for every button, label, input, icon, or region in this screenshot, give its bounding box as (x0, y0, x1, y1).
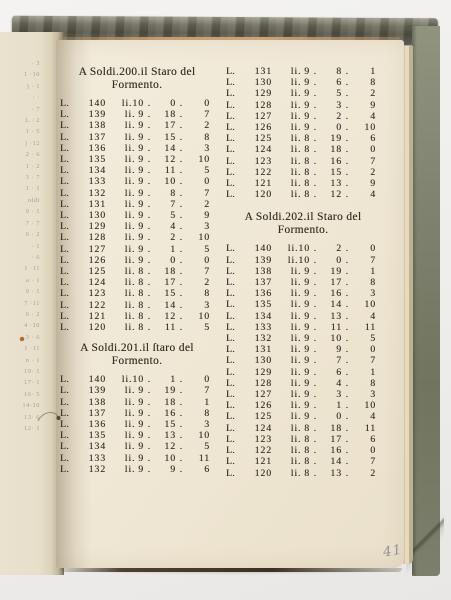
separator-dot: . (176, 430, 186, 441)
bleed-through-fragment: n · 1 (6, 355, 40, 366)
denari-value: 3 (186, 300, 210, 311)
separator-dot: . (176, 397, 186, 408)
row-prefix-label: L. (60, 255, 76, 266)
lire-in-value: 138 (76, 120, 106, 131)
bleed-through-fragment: 13· 6 (6, 412, 40, 423)
table-row: L.124li. 8.18.11 (226, 423, 380, 434)
soldi-value: 16 (320, 156, 342, 167)
soldi-value: 18 (154, 109, 176, 120)
bleed-through-fragment: 12· 1 (6, 423, 40, 434)
separator-dot: . (176, 98, 186, 109)
separator-dot: . (310, 389, 320, 400)
row-prefix-label: L. (60, 176, 76, 187)
lire-out-value: li. 9 (272, 100, 310, 111)
section-title-line: A Soldi.201.il ſtaro del (60, 342, 214, 355)
row-prefix-label: L. (226, 434, 242, 445)
bleed-through-fragment: 1 · 2 (6, 161, 40, 172)
table-row: L.131li. 9.8.1 (226, 66, 380, 77)
lire-out-value: li. 9 (272, 277, 310, 288)
separator-dot: . (310, 178, 320, 189)
lire-in-value: 131 (76, 199, 106, 210)
row-prefix-label: L. (226, 144, 242, 155)
denari-value: 7 (352, 355, 376, 366)
separator-dot: . (144, 464, 154, 475)
separator-dot: . (342, 189, 352, 200)
table-row: L.127li. 9.2.4 (226, 111, 380, 122)
separator-dot: . (342, 88, 352, 99)
soldi-value: 12 (320, 189, 342, 200)
bleed-through-fragment: 6 · 2 (6, 309, 40, 320)
table-row: L.135li. 9.12.10 (60, 154, 214, 165)
separator-dot: . (342, 344, 352, 355)
table-row: L.124li. 8.17.2 (60, 277, 214, 288)
separator-dot: . (176, 176, 186, 187)
soldi-value: 17 (320, 277, 342, 288)
denari-value: 6 (352, 434, 376, 445)
separator-dot: . (144, 374, 154, 385)
separator-dot: . (144, 232, 154, 243)
separator-dot: . (144, 408, 154, 419)
table-row: L.122li. 8.16.0 (226, 445, 380, 456)
lire-out-value: li. 9 (272, 122, 310, 133)
photo-backdrop: · 31 ·10) · 1· ·· 7L · 21 · 5) ·122 · 61… (0, 0, 451, 600)
table-row: L.122li. 8.15.2 (226, 167, 380, 178)
separator-dot: . (144, 98, 154, 109)
denari-value: 2 (186, 277, 210, 288)
separator-dot: . (310, 77, 320, 88)
lire-in-value: 138 (76, 397, 106, 408)
soldi-value: 16 (154, 408, 176, 419)
lire-out-value: li. 9 (272, 88, 310, 99)
soldi-value: 11 (154, 165, 176, 176)
separator-dot: . (144, 385, 154, 396)
separator-dot: . (144, 154, 154, 165)
separator-dot: . (310, 355, 320, 366)
bleed-through-fragment: · 6 (6, 252, 40, 263)
page-bottom-shadow (50, 570, 410, 575)
lire-in-value: 136 (76, 419, 106, 430)
row-prefix-label: L. (60, 143, 76, 154)
row-prefix-label: L. (226, 389, 242, 400)
row-prefix-label: L. (60, 300, 76, 311)
separator-dot: . (342, 133, 352, 144)
bleed-through-fragment: 17· 1 (6, 377, 40, 388)
separator-dot: . (310, 411, 320, 422)
lire-out-value: li. 9 (272, 367, 310, 378)
table-column-right: L.131li. 9.8.1L.130li. 9.6.8L.129li. 9.5… (226, 66, 380, 479)
lire-in-value: 138 (242, 266, 272, 277)
row-prefix-label: L. (226, 468, 242, 479)
denari-value: 4 (352, 189, 376, 200)
lire-in-value: 131 (242, 66, 272, 77)
section-title-line: A Soldi.202.il Staro del (226, 211, 380, 224)
separator-dot: . (310, 367, 320, 378)
lire-in-value: 137 (76, 408, 106, 419)
row-prefix-label: L. (60, 385, 76, 396)
soldi-value: 19 (320, 133, 342, 144)
lire-out-value: li. 9 (106, 165, 144, 176)
separator-dot: . (176, 408, 186, 419)
lire-out-value: li. 9 (106, 199, 144, 210)
lire-out-value: li.10 (106, 98, 144, 109)
denari-value: 1 (352, 367, 376, 378)
separator-dot: . (310, 144, 320, 155)
separator-dot: . (176, 255, 186, 266)
lire-in-value: 129 (76, 221, 106, 232)
table-row: L.132li. 9.8.7 (60, 188, 214, 199)
lire-in-value: 125 (242, 133, 272, 144)
table-row: L.136li. 9.15.3 (60, 419, 214, 430)
bleed-through-text-fragments: · 31 ·10) · 1· ·· 7L · 21 · 5) ·122 · 61… (6, 58, 40, 434)
soldi-value: 11 (154, 322, 176, 333)
row-prefix-label: L. (226, 445, 242, 456)
separator-dot: . (342, 167, 352, 178)
separator-dot: . (144, 322, 154, 333)
separator-dot: . (310, 311, 320, 322)
soldi-value: 4 (154, 221, 176, 232)
separator-dot: . (144, 120, 154, 131)
separator-dot: . (144, 132, 154, 143)
separator-dot: . (310, 255, 320, 266)
bleed-through-fragment: uldi (6, 195, 40, 206)
soldi-value: 16 (320, 445, 342, 456)
separator-dot: . (176, 221, 186, 232)
soldi-value: 15 (320, 167, 342, 178)
bleed-through-fragment: 1 ·10 (6, 69, 40, 80)
table-row: L.129li. 9.4.3 (60, 221, 214, 232)
table-row: L.134li. 9.12.5 (60, 441, 214, 452)
lire-out-value: li. 9 (272, 322, 310, 333)
table-row: L.128li. 9.4.8 (226, 378, 380, 389)
soldi-value: 2 (320, 111, 342, 122)
denari-value: 5 (186, 441, 210, 452)
bleed-through-fragment: ) · 1 (6, 81, 40, 92)
row-prefix-label: L. (226, 122, 242, 133)
denari-value: 5 (186, 322, 210, 333)
row-prefix-label: L. (226, 311, 242, 322)
lire-in-value: 122 (242, 167, 272, 178)
lire-out-value: li. 9 (106, 154, 144, 165)
denari-value: 7 (186, 188, 210, 199)
lire-out-value: li. 9 (106, 419, 144, 430)
denari-value: 5 (186, 244, 210, 255)
table-row: L.125li. 8.19.6 (226, 133, 380, 144)
lire-in-value: 139 (76, 109, 106, 120)
soldi-value: 3 (320, 389, 342, 400)
section-title-line: A Soldi.200.il Staro del (60, 66, 214, 79)
book-page: A Soldi.200.il Staro delFormento.L.140li… (56, 40, 404, 568)
lire-in-value: 137 (76, 132, 106, 143)
row-prefix-label: L. (60, 132, 76, 143)
separator-dot: . (342, 378, 352, 389)
lire-out-value: li. 9 (272, 266, 310, 277)
bleed-through-fragment: 4 ·10 (6, 320, 40, 331)
denari-value: 10 (352, 299, 376, 310)
separator-dot: . (310, 299, 320, 310)
row-prefix-label: L. (60, 311, 76, 322)
separator-dot: . (310, 434, 320, 445)
lire-in-value: 140 (76, 98, 106, 109)
table-row: L.125li. 9.0.4 (226, 411, 380, 422)
separator-dot: . (342, 311, 352, 322)
separator-dot: . (310, 468, 320, 479)
soldi-value: 17 (320, 434, 342, 445)
row-prefix-label: L. (226, 133, 242, 144)
soldi-value: 16 (320, 288, 342, 299)
soldi-value: 9 (154, 464, 176, 475)
section-title-line: Formento. (226, 224, 380, 237)
lire-out-value: li. 9 (272, 400, 310, 411)
lire-out-value: li. 8 (106, 277, 144, 288)
bleed-through-fragment: 6 · 2 (6, 229, 40, 240)
table-row: L.138li. 9.19.1 (226, 266, 380, 277)
table-row: L.136li. 9.14.3 (60, 143, 214, 154)
lire-out-value: li. 9 (106, 109, 144, 120)
table-row: L.133li. 9.11.11 (226, 322, 380, 333)
lire-out-value: li. 9 (106, 430, 144, 441)
lire-out-value: li. 9 (272, 389, 310, 400)
soldi-value: 12 (154, 441, 176, 452)
denari-value: 2 (352, 88, 376, 99)
soldi-value: 18 (154, 266, 176, 277)
lire-out-value: li. 9 (106, 441, 144, 452)
separator-dot: . (342, 400, 352, 411)
row-prefix-label: L. (60, 322, 76, 333)
soldi-value: 10 (320, 333, 342, 344)
separator-dot: . (176, 165, 186, 176)
table-row: L.139li.10.0.7 (226, 255, 380, 266)
row-prefix-label: L. (226, 322, 242, 333)
table-row: L.129li. 9.6.1 (226, 367, 380, 378)
paper-speck (20, 337, 24, 341)
lire-in-value: 140 (242, 243, 272, 254)
row-prefix-label: L. (226, 77, 242, 88)
soldi-value: 13 (154, 430, 176, 441)
bleed-through-fragment: a · 1 (6, 275, 40, 286)
separator-dot: . (310, 277, 320, 288)
lire-in-value: 134 (76, 165, 106, 176)
lire-out-value: li. 9 (106, 397, 144, 408)
lire-out-value: li. 8 (106, 266, 144, 277)
lire-out-value: li. 8 (272, 456, 310, 467)
separator-dot: . (144, 176, 154, 187)
table-row: L.138li. 9.18.1 (60, 397, 214, 408)
row-prefix-label: L. (226, 255, 242, 266)
soldi-value: 3 (320, 100, 342, 111)
lire-out-value: li. 9 (106, 143, 144, 154)
denari-value: 0 (352, 344, 376, 355)
separator-dot: . (176, 244, 186, 255)
table-row: L.126li. 9.0.10 (226, 122, 380, 133)
soldi-value: 6 (320, 367, 342, 378)
separator-dot: . (342, 434, 352, 445)
row-prefix-label: L. (226, 378, 242, 389)
denari-value: 0 (352, 243, 376, 254)
bleed-through-fragment: 14·10 (6, 400, 40, 411)
lire-out-value: li. 9 (106, 232, 144, 243)
bleed-through-fragment: L · 2 (6, 115, 40, 126)
separator-dot: . (342, 178, 352, 189)
lire-out-value: li. 8 (272, 133, 310, 144)
separator-dot: . (144, 199, 154, 210)
soldi-value: 19 (154, 385, 176, 396)
lire-out-value: li. 9 (106, 244, 144, 255)
separator-dot: . (144, 288, 154, 299)
section-title-soldi-202: A Soldi.202.il Staro delFormento. (226, 211, 380, 237)
separator-dot: . (144, 300, 154, 311)
table-row: L.121li. 8.12.10 (60, 311, 214, 322)
soldi-value: 0 (320, 411, 342, 422)
denari-value: 11 (352, 322, 376, 333)
denari-value: 10 (186, 311, 210, 322)
soldi-value: 2 (154, 232, 176, 243)
lire-in-value: 127 (76, 244, 106, 255)
bleed-through-fragment: 1 ·11 (6, 343, 40, 354)
table-row: L.131li. 9.7.2 (60, 199, 214, 210)
table-row: L.125li. 8.18.7 (60, 266, 214, 277)
soldi-value: 17 (154, 277, 176, 288)
soldi-value: 0 (320, 122, 342, 133)
handwritten-page-number: 41 (382, 542, 403, 561)
table-row: L.134li. 9.11.5 (60, 165, 214, 176)
denari-value: 8 (352, 277, 376, 288)
separator-dot: . (176, 374, 186, 385)
separator-dot: . (342, 144, 352, 155)
lire-out-value: li. 8 (272, 156, 310, 167)
soldi-value: 14 (154, 300, 176, 311)
row-prefix-label: L. (226, 400, 242, 411)
lire-out-value: li. 8 (106, 322, 144, 333)
lire-in-value: 128 (242, 100, 272, 111)
separator-dot: . (144, 277, 154, 288)
row-prefix-label: L. (60, 397, 76, 408)
separator-dot: . (342, 389, 352, 400)
row-prefix-label: L. (60, 154, 76, 165)
lire-in-value: 137 (242, 277, 272, 288)
lire-in-value: 123 (242, 156, 272, 167)
table-row: L.122li. 8.14.3 (60, 300, 214, 311)
denari-value: 7 (352, 156, 376, 167)
denari-value: 6 (352, 133, 376, 144)
lire-in-value: 129 (242, 367, 272, 378)
lire-in-value: 122 (242, 445, 272, 456)
lire-out-value: li. 9 (106, 188, 144, 199)
table-row: L.124li. 8.18.0 (226, 144, 380, 155)
lire-out-value: li. 8 (272, 144, 310, 155)
denari-value: 8 (186, 132, 210, 143)
row-prefix-label: L. (226, 423, 242, 434)
separator-dot: . (342, 299, 352, 310)
lire-out-value: li. 8 (272, 434, 310, 445)
denari-value: 4 (352, 311, 376, 322)
separator-dot: . (176, 385, 186, 396)
bleed-through-fragment: 3 · 7 (6, 172, 40, 183)
lire-in-value: 130 (242, 355, 272, 366)
separator-dot: . (144, 266, 154, 277)
lire-out-value: li. 9 (106, 464, 144, 475)
lire-in-value: 132 (76, 464, 106, 475)
soldi-value: 7 (154, 199, 176, 210)
separator-dot: . (310, 111, 320, 122)
table-row: L.140li.10.0.0 (60, 98, 214, 109)
separator-dot: . (310, 333, 320, 344)
row-prefix-label: L. (60, 266, 76, 277)
lire-in-value: 120 (242, 189, 272, 200)
separator-dot: . (342, 456, 352, 467)
soldi-value: 10 (154, 176, 176, 187)
lire-in-value: 120 (76, 322, 106, 333)
row-prefix-label: L. (60, 188, 76, 199)
separator-dot: . (176, 288, 186, 299)
soldi-value: 18 (154, 397, 176, 408)
row-prefix-label: L. (60, 464, 76, 475)
separator-dot: . (310, 66, 320, 77)
lire-out-value: li. 8 (272, 167, 310, 178)
lire-in-value: 130 (76, 210, 106, 221)
row-prefix-label: L. (60, 120, 76, 131)
denari-value: 0 (186, 98, 210, 109)
separator-dot: . (342, 77, 352, 88)
table-row: L.136li. 9.16.3 (226, 288, 380, 299)
section-title-soldi-201: A Soldi.201.il ſtaro delFormento. (60, 342, 214, 368)
table-row: L.120li. 8.11.5 (60, 322, 214, 333)
soldi-value: 1 (154, 374, 176, 385)
separator-dot: . (176, 464, 186, 475)
table-row: L.135li. 9.14.10 (226, 299, 380, 310)
separator-dot: . (176, 120, 186, 131)
separator-dot: . (310, 266, 320, 277)
lire-in-value: 136 (76, 143, 106, 154)
lire-in-value: 139 (242, 255, 272, 266)
row-prefix-label: L. (226, 333, 242, 344)
soldi-value: 9 (320, 344, 342, 355)
bleed-through-fragment: 9 · 1 (6, 206, 40, 217)
denari-value: 2 (186, 120, 210, 131)
separator-dot: . (310, 133, 320, 144)
table-row: L.133li. 9.10.11 (60, 453, 214, 464)
table-row: L.135li. 9.13.10 (60, 430, 214, 441)
row-prefix-label: L. (226, 367, 242, 378)
lire-out-value: li. 8 (106, 311, 144, 322)
soldi-value: 0 (320, 255, 342, 266)
lire-out-value: li. 9 (106, 255, 144, 266)
row-prefix-label: L. (226, 277, 242, 288)
lire-in-value: 133 (76, 176, 106, 187)
lire-out-value: li. 9 (106, 132, 144, 143)
row-prefix-label: L. (60, 441, 76, 452)
separator-dot: . (176, 232, 186, 243)
denari-value: 6 (186, 464, 210, 475)
soldi-value: 6 (320, 77, 342, 88)
lire-in-value: 139 (76, 385, 106, 396)
denari-value: 9 (352, 178, 376, 189)
denari-value: 1 (186, 397, 210, 408)
separator-dot: . (342, 423, 352, 434)
lire-in-value: 129 (242, 88, 272, 99)
soldi-value: 13 (320, 311, 342, 322)
soldi-value: 0 (154, 255, 176, 266)
row-prefix-label: L. (226, 411, 242, 422)
soldi-value: 15 (154, 288, 176, 299)
row-prefix-label: L. (226, 456, 242, 467)
lire-out-value: li. 9 (106, 408, 144, 419)
table-row: L.128li. 9.3.9 (226, 100, 380, 111)
lire-in-value: 124 (76, 277, 106, 288)
row-prefix-label: L. (60, 221, 76, 232)
table-row: L.133li. 9.10.0 (60, 176, 214, 187)
denari-value: 3 (186, 419, 210, 430)
denari-value: 3 (186, 221, 210, 232)
